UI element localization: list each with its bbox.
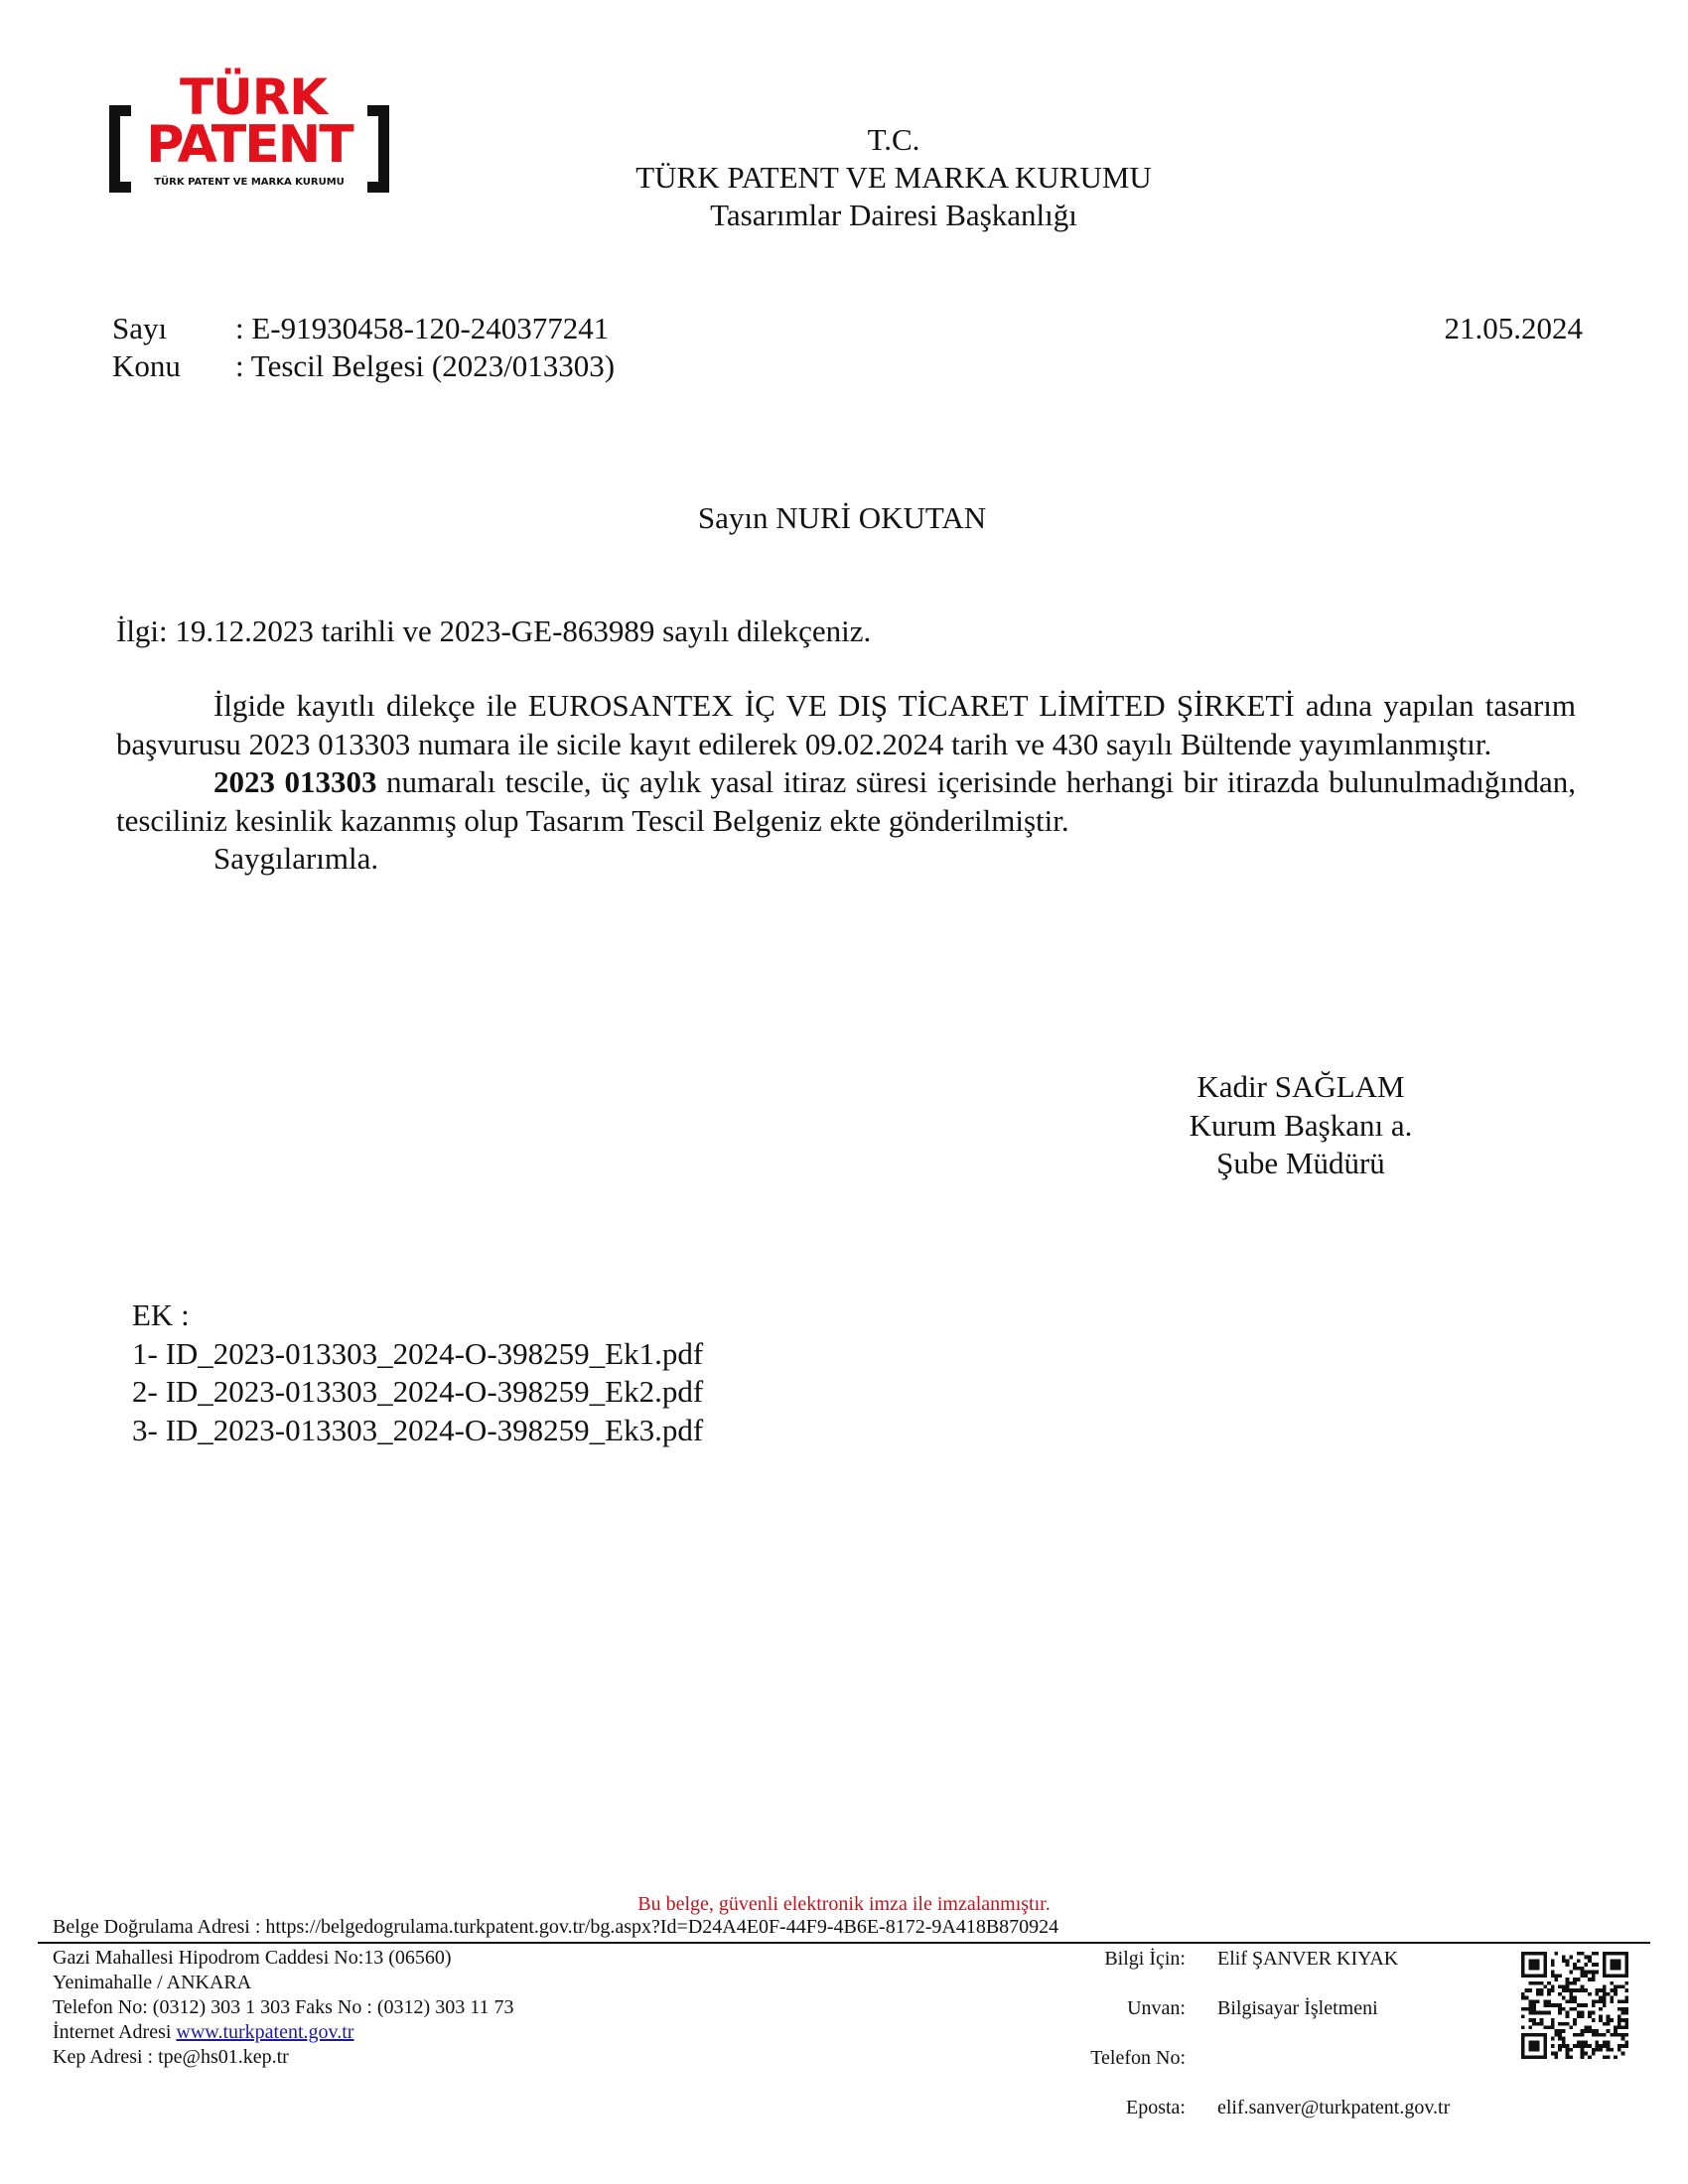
attachment-item: 3- ID_2023-013303_2024-O-398259_Ek3.pdf xyxy=(132,1412,703,1450)
salutation: Sayın NURİ OKUTAN xyxy=(0,500,1688,536)
footer-divider xyxy=(38,1942,1650,1944)
reference-line: İlgi: 19.12.2023 tarihli ve 2023-GE-8639… xyxy=(116,614,871,649)
verification-address: Belge Doğrulama Adresi : https://belgedo… xyxy=(53,1916,1058,1939)
header-tc: T.C. xyxy=(556,121,1231,159)
address-line-2: Yenimahalle / ANKARA xyxy=(53,1971,513,1995)
contact-label: Telefon No: xyxy=(1053,2047,1186,2097)
signatory-name: Kadir SAĞLAM xyxy=(1142,1068,1460,1107)
registration-number: 2023 013303 xyxy=(213,764,377,799)
contact-label: Bilgi İçin: xyxy=(1053,1948,1186,1997)
sayi-label: Sayı xyxy=(112,310,235,347)
logo-bracket-right xyxy=(367,105,389,193)
signature-block: Kadir SAĞLAM Kurum Başkanı a. Şube Müdür… xyxy=(1142,1068,1460,1183)
sayi-row: Sayı : E-91930458-120-240377241 xyxy=(112,310,615,347)
esignature-notice-text: Bu belge, güvenli elektronik imza ile im… xyxy=(637,1893,1050,1915)
contact-row: Bilgi İçin: Elif ŞANVER KIYAK xyxy=(1053,1948,1450,1997)
attachment-item: 1- ID_2023-013303_2024-O-398259_Ek1.pdf xyxy=(132,1335,703,1374)
contact-value: elif.sanver@turkpatent.gov.tr xyxy=(1186,2097,1450,2146)
internet-line: İnternet Adresi www.turkpatent.gov.tr xyxy=(53,2020,513,2045)
institution-address: Gazi Mahallesi Hipodrom Caddesi No:13 (0… xyxy=(53,1946,513,2070)
contact-info: Bilgi İçin: Elif ŞANVER KIYAK Unvan: Bil… xyxy=(1053,1948,1450,2146)
letterhead: T.C. TÜRK PATENT VE MARKA KURUMU Tasarım… xyxy=(556,121,1231,234)
contact-row: Telefon No: xyxy=(1053,2047,1450,2097)
address-line-1: Gazi Mahallesi Hipodrom Caddesi No:13 (0… xyxy=(53,1946,513,1971)
phone-fax-line: Telefon No: (0312) 303 1 303 Faks No : (… xyxy=(53,1995,513,2020)
header-department: Tasarımlar Dairesi Başkanlığı xyxy=(556,197,1231,234)
kep-line: Kep Adresi : tpe@hs01.kep.tr xyxy=(53,2045,513,2070)
internet-label: İnternet Adresi xyxy=(53,2021,176,2043)
esignature-notice: Bu belge, güvenli elektronik imza ile im… xyxy=(0,1893,1688,1916)
document-meta: Sayı : E-91930458-120-240377241 Konu : T… xyxy=(112,310,615,385)
signatory-title-2: Şube Müdürü xyxy=(1142,1145,1460,1183)
website-link[interactable]: www.turkpatent.gov.tr xyxy=(176,2021,353,2043)
turk-patent-logo: TÜRK PATENT TÜRK PATENT VE MARKA KURUMU xyxy=(109,71,389,199)
logo-bracket-left xyxy=(109,105,131,193)
contact-value xyxy=(1186,2047,1217,2097)
contact-value: Elif ŞANVER KIYAK xyxy=(1186,1948,1398,1997)
document-date: 21.05.2024 xyxy=(1445,310,1584,347)
sayi-value: : E-91930458-120-240377241 xyxy=(235,310,609,347)
konu-value: : Tescil Belgesi (2023/013303) xyxy=(235,347,615,385)
contact-row: Eposta: elif.sanver@turkpatent.gov.tr xyxy=(1053,2097,1450,2146)
contact-label: Unvan: xyxy=(1053,1997,1186,2047)
header-institution: TÜRK PATENT VE MARKA KURUMU xyxy=(556,159,1231,197)
konu-row: Konu : Tescil Belgesi (2023/013303) xyxy=(112,347,615,385)
attachment-item: 2- ID_2023-013303_2024-O-398259_Ek2.pdf xyxy=(132,1373,703,1412)
contact-value: Bilgisayar İşletmeni xyxy=(1186,1997,1378,2047)
logo-subtitle: TÜRK PATENT VE MARKA KURUMU xyxy=(131,177,367,188)
attachments-label: EK : xyxy=(132,1297,703,1335)
salutation-text: Sayın NURİ OKUTAN xyxy=(698,500,986,535)
qr-code-icon xyxy=(1521,1952,1628,2059)
body-paragraph-1: İlgide kayıtlı dilekçe ile EUROSANTEX İÇ… xyxy=(116,687,1576,763)
letter-body: İlgide kayıtlı dilekçe ile EUROSANTEX İÇ… xyxy=(116,687,1576,879)
logo-patent-text: PATENT xyxy=(131,117,367,173)
attachments: EK : 1- ID_2023-013303_2024-O-398259_Ek1… xyxy=(132,1297,703,1449)
contact-label: Eposta: xyxy=(1053,2097,1186,2146)
contact-row: Unvan: Bilgisayar İşletmeni xyxy=(1053,1997,1450,2047)
closing: Saygılarımla. xyxy=(116,840,1576,879)
konu-label: Konu xyxy=(112,347,235,385)
signatory-title-1: Kurum Başkanı a. xyxy=(1142,1107,1460,1146)
body-paragraph-2: 2023 013303 numaralı tescile, üç aylık y… xyxy=(116,763,1576,840)
